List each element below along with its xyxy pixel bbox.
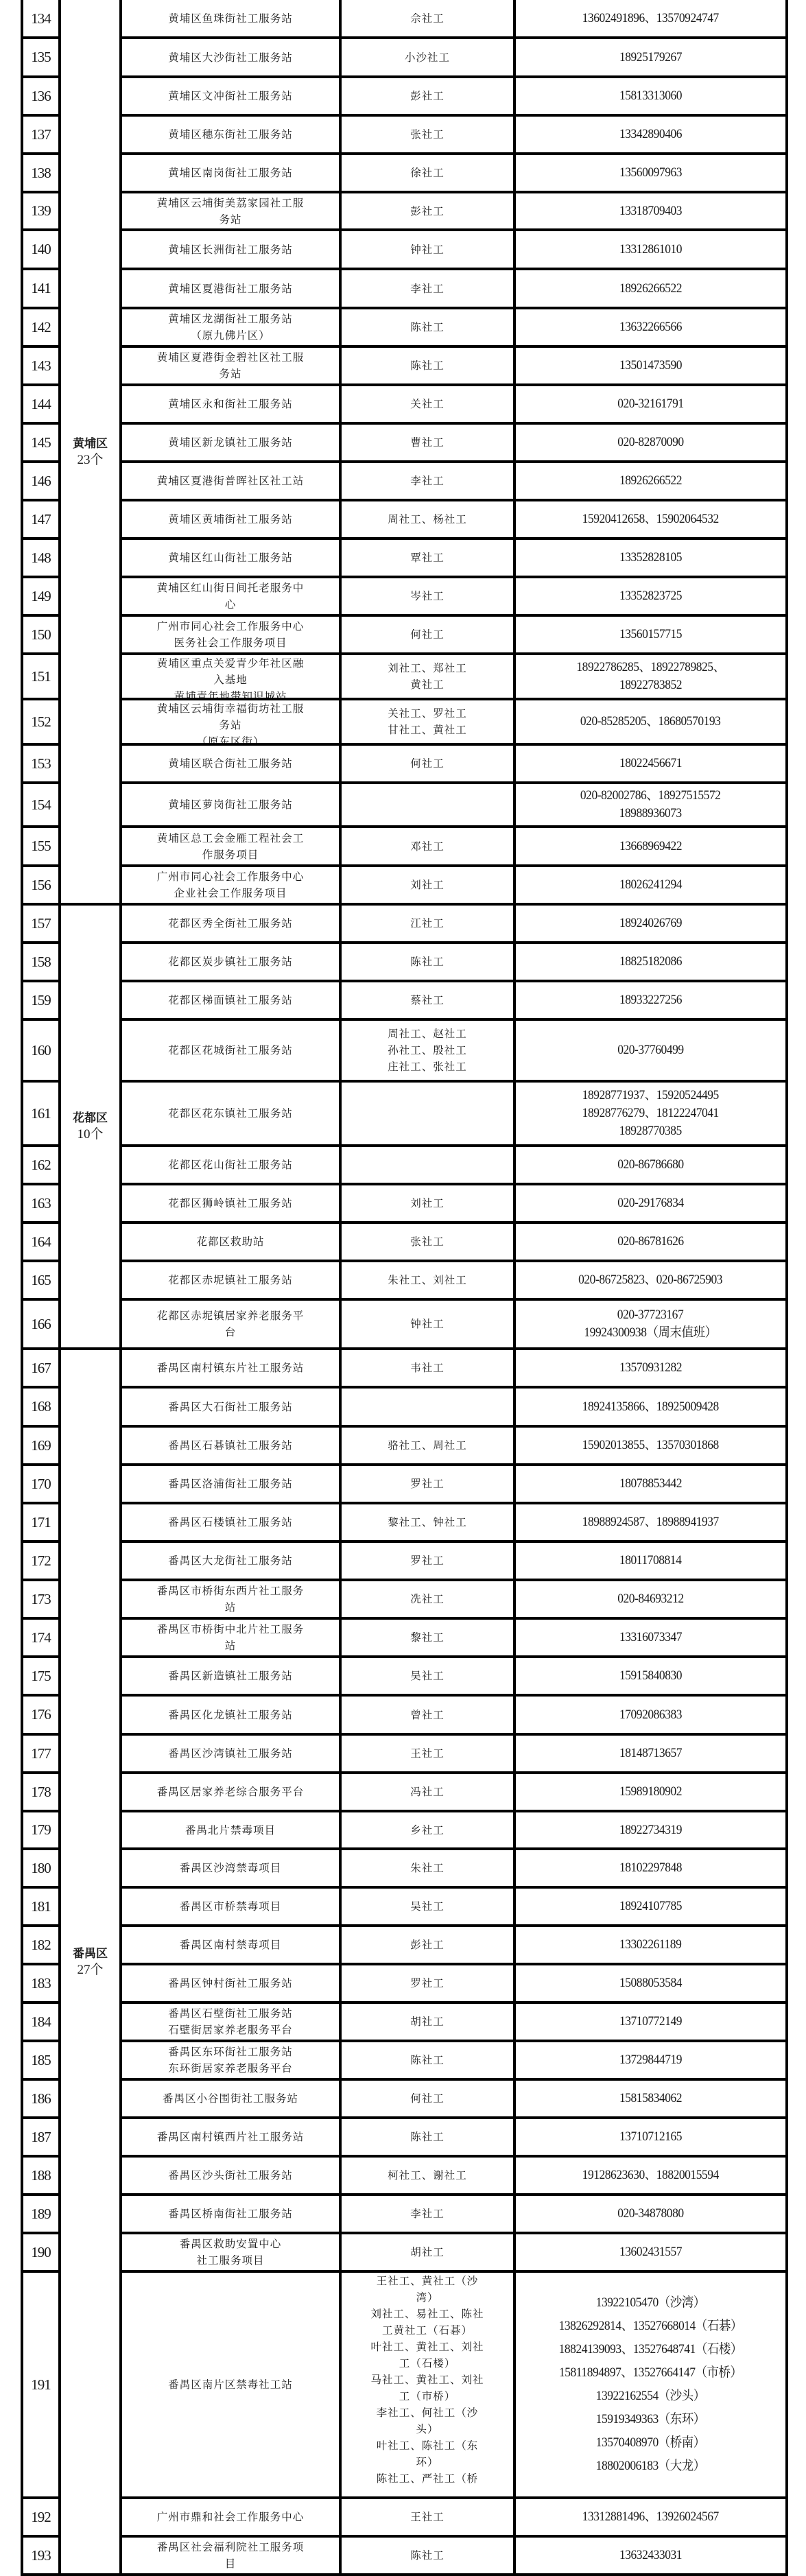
row-number: 189 [31,2206,51,2223]
social-worker-cell: 陈社工 [342,2538,513,2573]
phone-cell: 18148713657 [516,1736,785,1771]
social-worker-line: 叶社工、黄社工、刘社 [370,2339,484,2355]
district-name: 番禺区 [73,1946,108,1962]
row-divider [21,2573,61,2576]
row-number-cell: 160 [23,1021,58,1080]
phone-numbers: 13632266566 [619,318,682,336]
phone-line: 13826292814、13527668014（石碁） [559,2315,742,2338]
column-divider [785,0,788,2576]
station-name-cell: 番禺区市桥街东西片社工服务站 [122,1581,339,1617]
phone-line: 19924300938（周末值班） [584,1324,717,1342]
phone-numbers: 18922786285、18922789825、18922783852 [576,659,724,694]
phone-line: 13560097963 [619,164,682,182]
row-number-cell: 142 [23,309,58,345]
row-number-cell: 164 [23,1224,58,1260]
social-worker-cell: 胡社工 [342,2234,513,2270]
social-worker-cell: 佘社工 [342,1,513,36]
station-name-line: 医务社会工作服务项目 [174,635,287,651]
row-number: 168 [31,1398,51,1415]
row-number-cell: 171 [23,1504,58,1540]
phone-cell: 15902013855、13570301868 [516,1428,785,1463]
social-worker-line: 江社工 [410,915,445,932]
row-number-cell: 140 [23,231,58,268]
station-name-line: 番禺区居家养老综合服务平台 [157,1784,305,1800]
row-number: 193 [31,2547,51,2564]
station-name-cell: 黄埔区南岗街社工服务站 [122,155,339,191]
social-worker-line: 李社工 [410,473,445,489]
phone-numbers: 15989180902 [619,1783,682,1801]
group-divider [58,2573,122,2576]
phone-cell: 15920412658、15902064532 [516,501,785,537]
social-worker-line: 李社工 [410,281,445,297]
row-number: 145 [31,434,51,451]
station-name-line: 花都区秀全街社工服务站 [168,915,293,932]
phone-cell: 13632433031 [516,2538,785,2573]
social-worker-cell: 罗社工 [342,1466,513,1502]
social-worker-cell: 柯社工、谢社工 [342,2158,513,2193]
phone-cell: 18922786285、18922789825、18922783852 [516,655,785,698]
social-worker-line: 甘社工、黄社工 [388,722,467,738]
station-name-cell: 花都区花东镇社工服务站 [122,1083,339,1144]
station-name-line: 站 [225,1599,237,1616]
row-number-cell: 190 [23,2234,58,2270]
social-worker-line: 冼社工 [410,1591,445,1607]
station-name-line: 番禺区南村禁毒项目 [180,1937,282,1953]
phone-cell: 13501473590 [516,348,785,383]
row-number: 176 [31,1706,51,1723]
row-number-cell: 137 [23,117,58,152]
station-name-cell: 花都区梯面镇社工服务站 [122,982,339,1018]
row-number-cell: 153 [23,746,58,781]
station-name-line: 番禺区社会福利院社工服务项 [157,2539,305,2555]
phone-line: 18926266522 [619,472,682,490]
station-name-line: 番禺区东环街社工服务站 [168,2044,293,2060]
social-worker-cell [342,1389,513,1425]
phone-cell: 18925179267 [516,39,785,75]
row-number: 174 [31,1629,51,1646]
phone-cell: 13710712165 [516,2119,785,2155]
station-name-cell: 番禺区桥南街社工服务站 [122,2196,339,2232]
column-divider [339,0,342,2576]
station-name-line: 番禺区化龙镇社工服务站 [168,1707,293,1723]
station-name-line: 番禺区南片区禁毒社工站 [168,2376,293,2393]
station-name-cell: 广州市同心社会工作服务中心医务社会工作服务项目 [122,617,339,652]
phone-numbers: 13352823725 [619,587,682,605]
station-name-cell: 番禺区南片区禁毒社工站 [122,2273,339,2496]
social-worker-cell: 钟社工 [342,231,513,268]
social-worker-line: 岑社工 [410,588,445,604]
phone-line: 020-37723167 [584,1306,717,1324]
phone-numbers: 18924107785 [619,1898,682,1915]
row-number: 192 [31,2509,51,2526]
station-name-cell: 番禺区南村镇东片社工服务站 [122,1350,339,1386]
social-worker-cell: 朱社工 [342,1850,513,1886]
phone-cell: 18102297848 [516,1850,785,1886]
social-worker-cell: 陈社工 [342,348,513,383]
station-name-line: 番禺区洛浦街社工服务站 [168,1476,293,1492]
station-name-line: 番禺区小谷围街社工服务站 [163,2090,298,2107]
phone-numbers: 18933227256 [619,991,682,1009]
phone-cell: 18078853442 [516,1466,785,1502]
row-number-cell: 185 [23,2042,58,2078]
social-worker-cell: 邓社工 [342,828,513,864]
phone-numbers: 13352828105 [619,549,682,567]
row-number-cell: 169 [23,1428,58,1463]
station-name-cell: 番禺区东环街社工服务站东环街居家养老服务平台 [122,2042,339,2078]
row-number: 167 [31,1360,51,1377]
phone-numbers: 13560157715 [619,626,682,643]
row-number: 141 [31,280,51,297]
social-worker-cell: 黎社工 [342,1620,513,1655]
station-name-line: 黄埔区云埔街美荔家园社工服 [157,195,305,211]
row-number-cell: 180 [23,1850,58,1886]
row-number: 140 [31,241,51,258]
station-name-line: 东环街居家养老服务平台 [168,2060,293,2077]
row-number-cell: 177 [23,1736,58,1771]
station-name-line: 番禺区市桥禁毒项目 [180,1898,282,1915]
social-worker-cell: 吴社工 [342,1658,513,1694]
phone-numbers: 18922734319 [619,1821,682,1839]
station-name-cell: 黄埔区萝岗街社工服务站 [122,784,339,825]
row-number-cell: 183 [23,1965,58,2001]
phone-line: 13352823725 [619,587,682,605]
phone-line: 13632266566 [619,318,682,336]
row-number-cell: 159 [23,982,58,1018]
phone-cell: 18926266522 [516,463,785,499]
phone-line: 15919349363（东环） [559,2408,742,2431]
station-name-cell: 花都区炭步镇社工服务站 [122,944,339,980]
social-worker-cell: 陈社工 [342,309,513,345]
row-number-cell: 193 [23,2538,58,2573]
phone-line: 020-86786680 [617,1156,683,1174]
phone-line: 020-32161791 [617,395,683,413]
phone-line: 13729844719 [619,2051,682,2069]
social-worker-cell: 覃社工 [342,540,513,576]
phone-line: 13632433031 [619,2547,682,2564]
row-number-cell: 161 [23,1083,58,1144]
phone-line: 13302261189 [619,1936,681,1954]
row-number: 150 [31,626,51,643]
station-name-line: 花都区救助站 [196,1233,264,1250]
station-name-line: 花都区赤坭镇居家养老服务平 [157,1308,305,1324]
phone-cell: 020-82002786、1892751557218988936073 [516,784,785,825]
column-divider [58,0,61,2576]
social-worker-line: 蔡社工 [410,992,445,1008]
phone-line: 18988936073 [580,805,721,823]
phone-line: 18922786285、18922789825、 [576,659,724,676]
station-name-line: 花都区炭步镇社工服务站 [168,954,293,970]
social-worker-line: 王社工 [410,1745,445,1762]
row-number: 183 [31,1975,51,1992]
phone-numbers: 020-84693212 [617,1590,683,1608]
row-number: 191 [31,2376,51,2394]
phone-numbers: 15920412658、15902064532 [582,510,719,528]
phone-cell: 13602431557 [516,2234,785,2270]
phone-line: 15815834062 [619,2090,682,2107]
row-number-cell: 186 [23,2081,58,2116]
social-worker-cell [342,784,513,825]
phone-line: 15813313060 [619,87,682,105]
station-name-cell: 黄埔区鱼珠街社工服务站 [122,1,339,36]
station-name-line: 番禺区石楼镇社工服务站 [168,1514,293,1531]
station-name-line: 台 [225,1324,237,1340]
station-name-line: 番禺区大石街社工服务站 [168,1399,293,1415]
social-worker-cell: 周社工、杨社工 [342,501,513,537]
station-name-cell: 花都区花山街社工服务站 [122,1147,339,1183]
social-worker-line: 湾） [416,2289,438,2306]
row-number-cell: 148 [23,540,58,576]
row-number-cell: 170 [23,1466,58,1502]
station-name-cell: 黄埔区夏港街金碧社区社工服务站 [122,348,339,383]
social-worker-cell: 吴社工 [342,1889,513,1924]
phone-numbers: 13922105470（沙湾）13826292814、13527668014（石… [559,2291,742,2478]
social-worker-cell: 刘社工 [342,1185,513,1221]
phone-numbers: 18988924587、18988941937 [582,1513,719,1531]
station-name-line: 番禺区市桥街中北片社工服务 [157,1621,305,1638]
social-worker-line: 工黄社工（石碁） [382,2322,473,2339]
social-worker-line: 陈社工 [410,2547,445,2564]
phone-numbers: 020-82002786、1892751557218988936073 [580,787,721,823]
social-worker-line: 刘社工、易社工、陈社 [370,2306,484,2322]
phone-line: 13352828105 [619,549,682,567]
station-name-line: 黄埔区新龙镇社工服务站 [168,434,293,451]
phone-line: 020-86781626 [617,1233,683,1251]
row-number-cell: 134 [23,1,58,36]
social-worker-line: 罗社工 [410,1975,445,1992]
phone-cell: 020-34878080 [516,2196,785,2232]
district-station-count: 10个 [77,1126,103,1143]
column-divider [119,0,122,2576]
social-worker-line: 钟社工 [410,1316,445,1332]
station-name-line: 社工服务项目 [196,2252,264,2269]
social-worker-cell: 李社工 [342,2196,513,2232]
phone-numbers: 13602491896、13570924747 [582,10,719,27]
phone-cell: 13318709403 [516,193,785,228]
row-number: 175 [31,1668,51,1685]
phone-line: 15811894897、13527664147（市桥） [559,2361,742,2385]
phone-numbers: 020-32161791 [617,395,683,413]
row-number-cell: 192 [23,2499,58,2535]
social-worker-line: 彭社工 [410,88,445,104]
phone-numbers: 18926266522 [619,472,682,490]
social-worker-cell: 刘社工 [342,867,513,903]
phone-cell: 020-37760499 [516,1021,785,1080]
phone-cell: 18933227256 [516,982,785,1018]
row-number: 178 [31,1784,51,1801]
social-worker-line: 陈社工 [410,954,445,970]
row-number-cell: 162 [23,1147,58,1183]
phone-line: 13922162554（沙头） [559,2385,742,2408]
station-name-cell: 番禺区化龙镇社工服务站 [122,1697,339,1733]
phone-numbers: 13632433031 [619,2547,682,2564]
station-name-cell: 番禺区居家养老综合服务平台 [122,1774,339,1810]
phone-cell: 020-29176834 [516,1185,785,1221]
social-worker-cell: 关社工 [342,386,513,422]
phone-numbers: 13316073347 [619,1629,682,1646]
phone-cell: 18825182086 [516,944,785,980]
row-number-cell: 179 [23,1812,58,1847]
station-name-line: （原九佛片区） [191,327,270,344]
row-number: 143 [31,357,51,375]
row-number-cell: 145 [23,425,58,460]
social-worker-line: 钟社工 [410,241,445,258]
row-number-cell: 168 [23,1389,58,1425]
social-worker-line: 吴社工 [410,1898,445,1915]
station-name-cell: 花都区赤坭镇社工服务站 [122,1262,339,1298]
station-name-cell: 番禺区南村禁毒项目 [122,1927,339,1963]
phone-line: 13710712165 [619,2128,682,2146]
station-name-line: 番禺区市桥街东西片社工服务 [157,1583,305,1599]
row-number-cell: 166 [23,1301,58,1347]
phone-line: 13570931282 [619,1359,682,1377]
row-number: 157 [31,915,51,932]
station-name-line: 花都区狮岭镇社工服务站 [168,1195,293,1212]
phone-numbers: 15088053584 [619,1974,682,1992]
phone-cell: 020-32161791 [516,386,785,422]
social-worker-line: 徐社工 [410,165,445,181]
phone-numbers: 13560097963 [619,164,682,182]
station-name-line: 黄埔区夏港街普晖社区社工站 [157,473,305,489]
phone-line: 18148713657 [619,1745,682,1762]
station-name-line: 黄埔区龙湖街社工服务站 [168,311,293,327]
station-name-cell: 番禺区市桥禁毒项目 [122,1889,339,1924]
phone-cell: 13922105470（沙湾）13826292814、13527668014（石… [516,2273,785,2496]
social-worker-line: 何社工 [410,755,445,772]
row-number: 158 [31,954,51,971]
phone-numbers: 18022456671 [619,755,682,772]
station-name-cell: 黄埔区总工会金雁工程社会工作服务项目 [122,828,339,864]
station-name-cell: 花都区花城街社工服务站 [122,1021,339,1080]
row-number: 136 [31,88,51,105]
phone-cell: 15088053584 [516,1965,785,2001]
row-number-cell: 175 [23,1658,58,1694]
social-worker-cell: 钟社工 [342,1301,513,1347]
phone-line: 13668969422 [619,838,682,855]
phone-cell: 13352823725 [516,578,785,614]
social-worker-cell: 王社工 [342,2499,513,2535]
phone-cell: 13312881496、13926024567 [516,2499,785,2535]
station-name-line: 番禺区石壁街社工服务站 [168,2005,293,2022]
social-worker-cell [342,1083,513,1144]
column-divider [513,0,516,2576]
phone-numbers: 18011708814 [619,1552,681,1570]
phone-line: 15902013855、13570301868 [582,1437,719,1454]
phone-line: 13316073347 [619,1629,682,1646]
row-number: 187 [31,2129,51,2146]
station-name-line: 黄埔区长洲街社工服务站 [168,241,293,258]
phone-numbers: 13312861010 [619,241,682,259]
social-worker-cell: 何社工 [342,617,513,652]
social-worker-line: 佘社工 [410,10,445,27]
row-number: 142 [31,319,51,336]
social-worker-line: 罗社工 [410,1476,445,1492]
row-number: 135 [31,49,51,66]
phone-line: 18926266522 [619,280,682,298]
social-worker-line: 关社工、罗社工 [388,705,467,722]
phone-line: 18988924587、18988941937 [582,1513,719,1531]
row-number: 186 [31,2090,51,2107]
social-worker-cell: 彭社工 [342,193,513,228]
social-worker-line: 黎社工、钟社工 [388,1514,467,1531]
phone-cell: 13710772149 [516,2004,785,2040]
station-name-cell: 花都区狮岭镇社工服务站 [122,1185,339,1221]
phone-line: 13570408970（桥南） [559,2431,742,2455]
phone-cell: 15989180902 [516,1774,785,1810]
station-name-line: 站 [225,1638,237,1654]
row-number: 184 [31,2013,51,2031]
phone-cell: 13632266566 [516,309,785,345]
social-worker-line: 陈社工 [410,2052,445,2068]
station-name-cell: 广州市同心社会工作服务中心企业社会工作服务项目 [122,867,339,903]
station-name-cell: 黄埔区文冲街社工服务站 [122,78,339,114]
social-worker-line: 胡社工 [410,2244,445,2260]
social-worker-cell: 张社工 [342,1224,513,1260]
row-number: 181 [31,1898,51,1915]
station-name-cell: 番禺区石壁街社工服务站石壁街居家养老服务平台 [122,2004,339,2040]
row-number: 149 [31,588,51,605]
station-name-cell: 黄埔区大沙街社工服务站 [122,39,339,75]
district-group-cell: 花都区10个 [61,906,119,1347]
station-name-line: 番禺区沙头街社工服务站 [168,2167,293,2184]
station-name-line: 心 [225,596,237,613]
row-number: 144 [31,396,51,413]
station-name-cell: 黄埔区永和街社工服务站 [122,386,339,422]
station-name-line: 番禺区新造镇社工服务站 [168,1668,293,1684]
social-worker-line: 朱社工、刘社工 [388,1272,467,1288]
row-number: 179 [31,1821,51,1839]
phone-numbers: 020-3772316719924300938（周末值班） [584,1306,717,1342]
social-worker-cell: 何社工 [342,746,513,781]
phone-cell: 13602491896、13570924747 [516,1,785,36]
station-name-cell: 黄埔区新龙镇社工服务站 [122,425,339,460]
station-name-line: 番禺北片禁毒项目 [185,1822,276,1839]
phone-line: 13501473590 [619,357,682,375]
phone-line: 18924026769 [619,914,682,932]
phone-cell: 13668969422 [516,828,785,864]
station-name-cell: 黄埔区黄埔街社工服务站 [122,501,339,537]
row-number-cell: 143 [23,348,58,383]
station-name-cell: 黄埔区云埔街美荔家园社工服务站 [122,193,339,228]
row-number-cell: 163 [23,1185,58,1221]
social-worker-cell: 曹社工 [342,425,513,460]
phone-numbers: 18825182086 [619,953,682,971]
social-worker-line: 曾社工 [410,1707,445,1723]
station-name-line: 广州市同心社会工作服务中心 [157,868,305,885]
station-name-cell: 花都区赤坭镇居家养老服务平台 [122,1301,339,1347]
station-name-cell: 黄埔区云埔街幸福街坊社工服务站（原东区街） [122,700,339,743]
social-worker-line: 陈社工 [410,2129,445,2145]
phone-numbers: 020-85285205、18680570193 [580,713,721,731]
phone-numbers: 13302261189 [619,1936,681,1954]
social-worker-line: 刘社工 [410,877,445,893]
station-name-cell: 黄埔区夏港街普晖社区社工站 [122,463,339,499]
social-worker-line: 陈社工 [410,319,445,335]
phone-line: 18928770385 [582,1122,719,1140]
station-name-line: 黄埔区穗东街社工服务站 [168,126,293,143]
social-worker-cell: 乡社工 [342,1812,513,1847]
row-number: 165 [31,1272,51,1289]
social-worker-line: 孙社工、殷社工 [388,1042,467,1059]
phone-cell: 17092086383 [516,1697,785,1733]
station-name-line: 花都区花东镇社工服务站 [168,1105,293,1122]
social-worker-cell: 徐社工 [342,155,513,191]
station-name-line: 番禺区救助安置中心 [180,2236,282,2252]
phone-numbers: 18102297848 [619,1859,682,1877]
phone-line: 18011708814 [619,1552,681,1570]
column-divider [21,0,23,2576]
phone-cell: 020-82870090 [516,425,785,460]
station-name-cell: 黄埔区长洲街社工服务站 [122,231,339,268]
